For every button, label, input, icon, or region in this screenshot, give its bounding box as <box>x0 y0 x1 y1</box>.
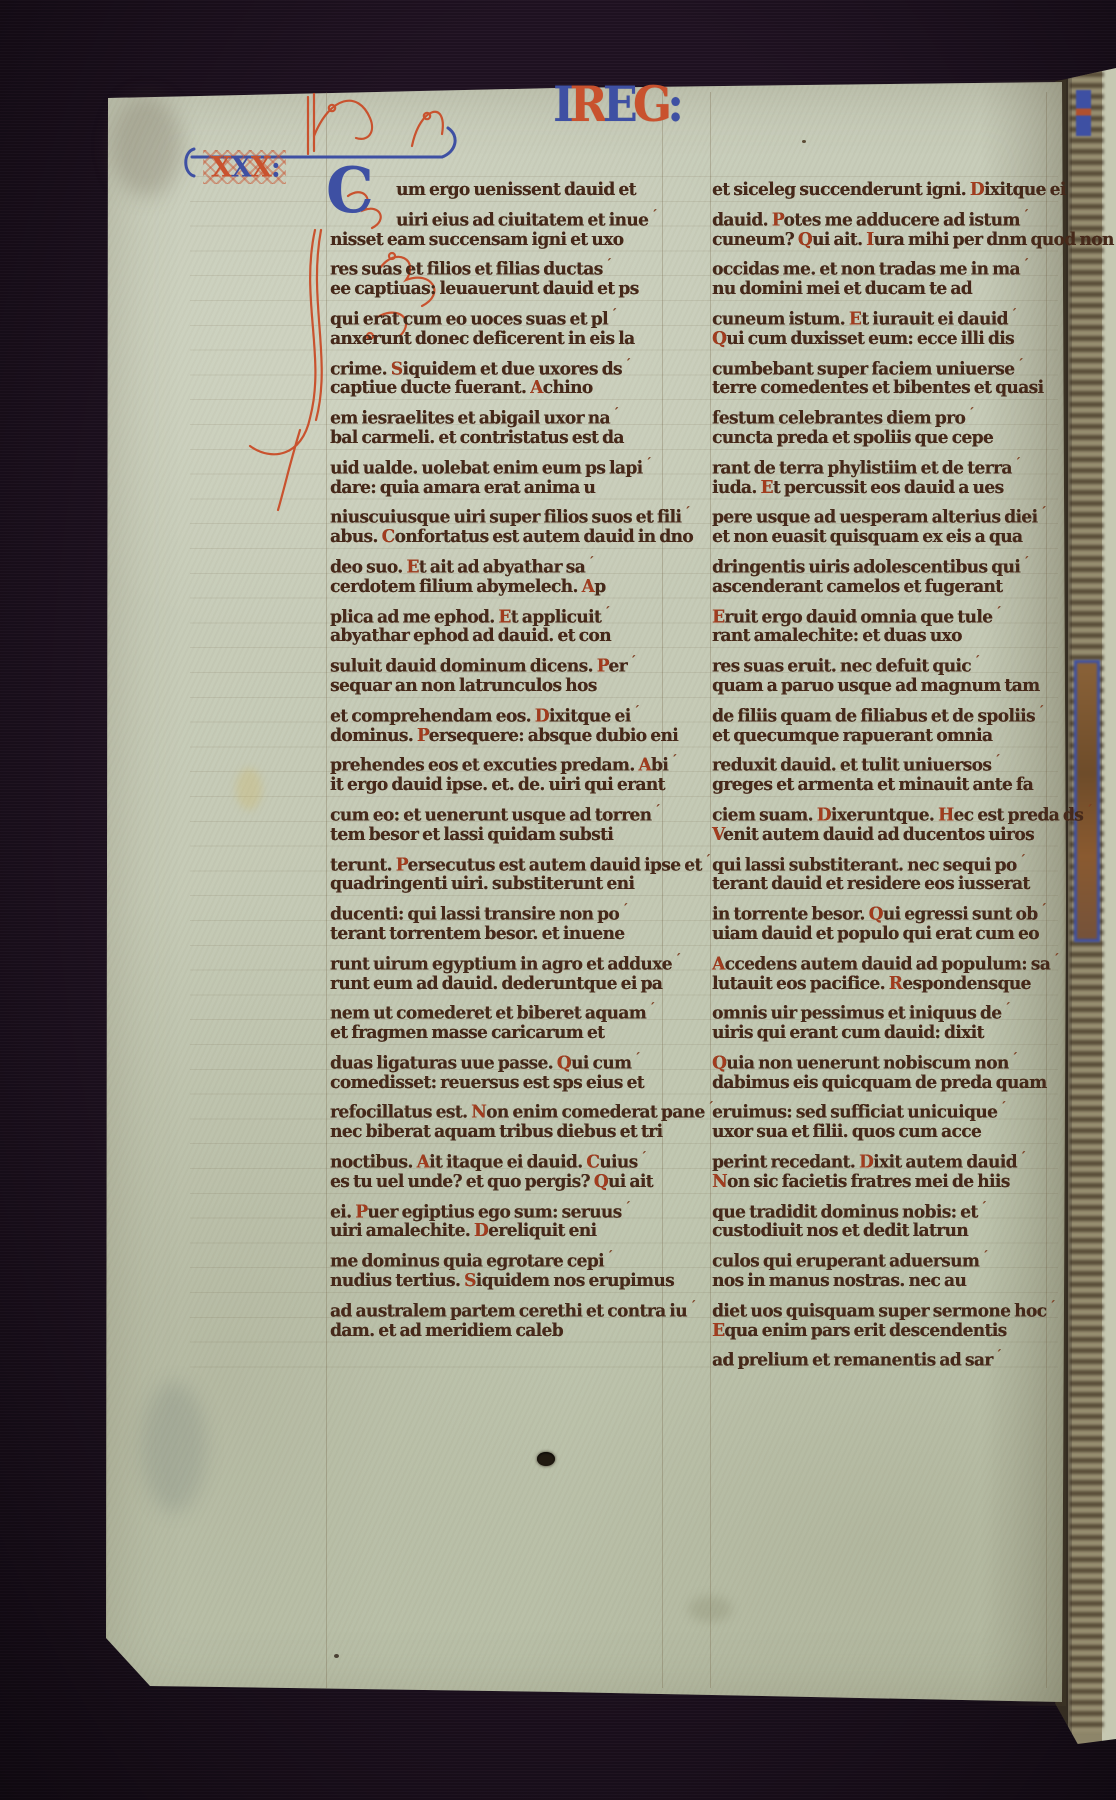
chapter-number-marker: XXX: <box>203 150 286 184</box>
text-line: prehendes eos et excuties predam. Abi´ <box>330 748 660 774</box>
ornamental-letter: E <box>603 77 633 132</box>
text-line: cuncta preda et spoliis que cepe <box>712 425 1042 451</box>
text-line: nec biberat aquam tribus diebus et tri <box>330 1120 660 1146</box>
text-line: cumbebant super faciem uniuerse´ <box>712 351 1042 377</box>
text-line: suluit dauid dominum dicens. Per´ <box>330 649 660 675</box>
text-line: quam a paruo usque ad magnum tam <box>712 673 1042 699</box>
text-line: de filiis quam de filiabus et de spoliis… <box>712 698 1042 724</box>
text-line: dringentis uiris adolescentibus qui´ <box>712 549 1042 575</box>
text-line: ascenderant camelos et fugerant <box>712 574 1042 600</box>
ornamental-letter: : <box>667 77 679 132</box>
text-line: anxerunt donec deficerent in eis la <box>330 326 660 352</box>
text-line: nem ut comederet et biberet aquam´ <box>330 996 660 1022</box>
text-line: nu domini mei et ducam te ad <box>712 277 1042 303</box>
text-line: res suas et filios et filias ductas´ <box>330 252 660 278</box>
text-line: Accedens autem dauid ad populum: sa´ <box>712 946 1042 972</box>
text-line: sequar an non latrunculos hos <box>330 673 660 699</box>
text-line: et non euasit quisquam ex eis a qua <box>712 525 1042 551</box>
text-line: rant amalechite: et duas uxo <box>712 624 1042 650</box>
text-line: noctibus. Ait itaque ei dauid. Cuius´ <box>330 1145 660 1171</box>
parchment-stain <box>142 1382 206 1512</box>
text-line: cerdotem filium abymelech. Ap <box>330 574 660 600</box>
text-line: terant torrentem besor. et inuene <box>330 921 660 947</box>
text-line: dabimus eis quicquam de preda quam <box>712 1070 1042 1096</box>
text-line: et fragmen masse caricarum et <box>330 1021 660 1047</box>
ornamental-letter: : <box>271 151 280 184</box>
text-column-right: et siceleg succenderunt igni. Dixitque e… <box>712 178 1042 1368</box>
ornamental-letter: X <box>231 151 251 184</box>
text-line: es tu uel unde? et quo pergis? Qui ait <box>330 1169 660 1195</box>
text-line: terunt. Persecutus est autem dauid ipse … <box>330 847 660 873</box>
text-line: nisset eam succensam igni et uxo <box>330 227 660 253</box>
text-line: Venit autem dauid ad ducentos uiros <box>712 822 1042 848</box>
text-line: iuda. Et percussit eos dauid a ues <box>712 475 1042 501</box>
text-line: runt eum ad dauid. dederuntque ei pa <box>330 971 660 997</box>
text-line: Non sic facietis fratres mei de hiis <box>712 1169 1042 1195</box>
text-line: qui lassi substiterant. nec sequi po´ <box>712 847 1042 873</box>
text-line: nudius tertius. Siquidem nos erupimus <box>330 1269 660 1295</box>
text-line: bal carmeli. et contristatus est da <box>330 425 660 451</box>
text-line: in torrente besor. Qui egressi sunt ob´ <box>712 897 1042 923</box>
ruling-line <box>710 92 711 1688</box>
text-line: festum celebrantes diem pro´ <box>712 401 1042 427</box>
text-line: eruimus: sed sufficiat unicuique´ <box>712 1095 1042 1121</box>
text-line: uid ualde. uolebat enim eum ps lapi´ <box>330 450 660 476</box>
text-line: tem besor et lassi quidam substi <box>330 822 660 848</box>
text-line: cum eo: et uenerunt usque ad torren´ <box>330 797 660 823</box>
text-line: nos in manus nostras. nec au <box>712 1269 1042 1295</box>
text-line: res suas eruit. nec defuit quic´ <box>712 649 1042 675</box>
text-line: ad australem partem cerethi et contra iu… <box>330 1293 660 1319</box>
text-line: ei. Puer egiptius ego sum: seruus´ <box>330 1194 660 1220</box>
text-line: et comprehendam eos. Dixitque ei´ <box>330 698 660 724</box>
text-line: et siceleg succenderunt igni. Dixitque e… <box>712 178 1042 204</box>
text-line: Equa enim pars erit descendentis <box>712 1318 1042 1344</box>
text-line: lutauit eos pacifice. Respondensque <box>712 971 1042 997</box>
text-line: pere usque ad uesperam alterius diei´ <box>712 500 1042 526</box>
text-line: cuneum istum. Et iurauit ei dauid´ <box>712 301 1042 327</box>
text-line: duas ligaturas uue passe. Qui cum´ <box>330 1045 660 1071</box>
manuscript-photo: IREG: XXX: C um ergo uenissent dauid etu… <box>0 0 1116 1800</box>
text-line: rant de terra phylistiim et de terra´ <box>712 450 1042 476</box>
parchment-speck <box>802 140 806 143</box>
text-line: um ergo uenissent dauid et <box>330 178 660 204</box>
fore-edge-illuminated-initial <box>1074 660 1100 942</box>
ruling-line <box>1046 92 1047 1688</box>
text-line: cuneum? Qui ait. Iura mihi per dnm quod … <box>712 227 1042 253</box>
text-line: ciem suam. Dixeruntque. Hec est preda ds… <box>712 797 1042 823</box>
parchment-speck <box>334 1654 339 1658</box>
text-line: refocillatus est. Non enim comederat pan… <box>330 1095 660 1121</box>
text-line: dauid. Potes me adducere ad istum´ <box>712 202 1042 228</box>
text-line: occidas me. et non tradas me in ma´ <box>712 252 1042 278</box>
ornamental-letter: X <box>211 151 231 184</box>
text-line: perint recedant. Dixit autem dauid´ <box>712 1145 1042 1171</box>
text-line: captiue ducte fuerant. Achino <box>330 376 660 402</box>
text-line: et quecumque rapuerant omnia <box>712 723 1042 749</box>
text-line: ducenti: qui lassi transire non po´ <box>330 897 660 923</box>
ornamental-letter: X <box>251 151 271 184</box>
text-line: ee captiuas: leuauerunt dauid et ps <box>330 277 660 303</box>
running-title: IREG: <box>553 78 679 134</box>
text-line: terant dauid et residere eos iusserat <box>712 872 1042 898</box>
text-line: abus. Confortatus est autem dauid in dno <box>330 525 660 551</box>
text-line: Qui cum duxisset eum: ecce illi dis <box>712 326 1042 352</box>
text-line: niuscuiusque uiri super filios suos et f… <box>330 500 660 526</box>
parchment-stain <box>688 1596 732 1622</box>
text-line: comedisset: reuersus est sps eius et <box>330 1070 660 1096</box>
text-line: dominus. Persequere: absque dubio eni <box>330 723 660 749</box>
text-line: abyathar ephod ad dauid. et con <box>330 624 660 650</box>
text-line: Eruit ergo dauid omnia que tule´ <box>712 599 1042 625</box>
text-line: uiam dauid et populo qui erat cum eo <box>712 921 1042 947</box>
text-line: dare: quia amara erat anima u <box>330 475 660 501</box>
parchment-hole <box>537 1452 555 1466</box>
text-line: omnis uir pessimus et iniquus de´ <box>712 996 1042 1022</box>
text-line: que tradidit dominus nobis: et´ <box>712 1194 1042 1220</box>
text-line: ad prelium et remanentis ad sar´ <box>712 1343 1042 1369</box>
text-line: em iesraelites et abigail uxor na´ <box>330 401 660 427</box>
text-line: custodiuit nos et dedit latrun <box>712 1219 1042 1245</box>
text-line: uiri amalechite. Dereliquit eni <box>330 1219 660 1245</box>
text-line: dam. et ad meridiem caleb <box>330 1318 660 1344</box>
text-line: quadringenti uiri. substiterunt eni <box>330 872 660 898</box>
text-line: uxor sua et filii. quos cum acce <box>712 1120 1042 1146</box>
text-line: plica ad me ephod. Et applicuit´ <box>330 599 660 625</box>
text-line: it ergo dauid ipse. et. de. uiri qui era… <box>330 773 660 799</box>
text-line: terre comedentes et bibentes et quasi <box>712 376 1042 402</box>
ornamental-letter: R <box>570 77 603 132</box>
ruling-line <box>662 92 663 1688</box>
text-line: crime. Siquidem et due uxores ds´ <box>330 351 660 377</box>
parchment-stain <box>112 96 182 196</box>
ornamental-letter: G <box>633 77 667 132</box>
text-line: uiris qui erant cum dauid: dixit <box>712 1021 1042 1047</box>
text-line: reduxit dauid. et tulit uniuersos´ <box>712 748 1042 774</box>
text-line: greges et armenta et minauit ante fa <box>712 773 1042 799</box>
text-line: deo suo. Et ait ad abyathar sa´ <box>330 549 660 575</box>
text-line: uiri eius ad ciuitatem et inue´ <box>330 202 660 228</box>
text-line: qui erat cum eo uoces suas et pl´ <box>330 301 660 327</box>
text-line: Quia non uenerunt nobiscum non´ <box>712 1045 1042 1071</box>
text-line: culos qui eruperant aduersum´ <box>712 1244 1042 1270</box>
text-line: me dominus quia egrotare cepi´ <box>330 1244 660 1270</box>
text-line: diet uos quisquam super sermone hoc´ <box>712 1293 1042 1319</box>
text-column-left: um ergo uenissent dauid etuiri eius ad c… <box>330 178 660 1343</box>
text-line: runt uirum egyptium in agro et adduxe´ <box>330 946 660 972</box>
fore-edge-ornament-icon <box>1076 90 1091 136</box>
parchment-stain <box>236 768 262 810</box>
ornamental-letter: I <box>553 77 570 132</box>
